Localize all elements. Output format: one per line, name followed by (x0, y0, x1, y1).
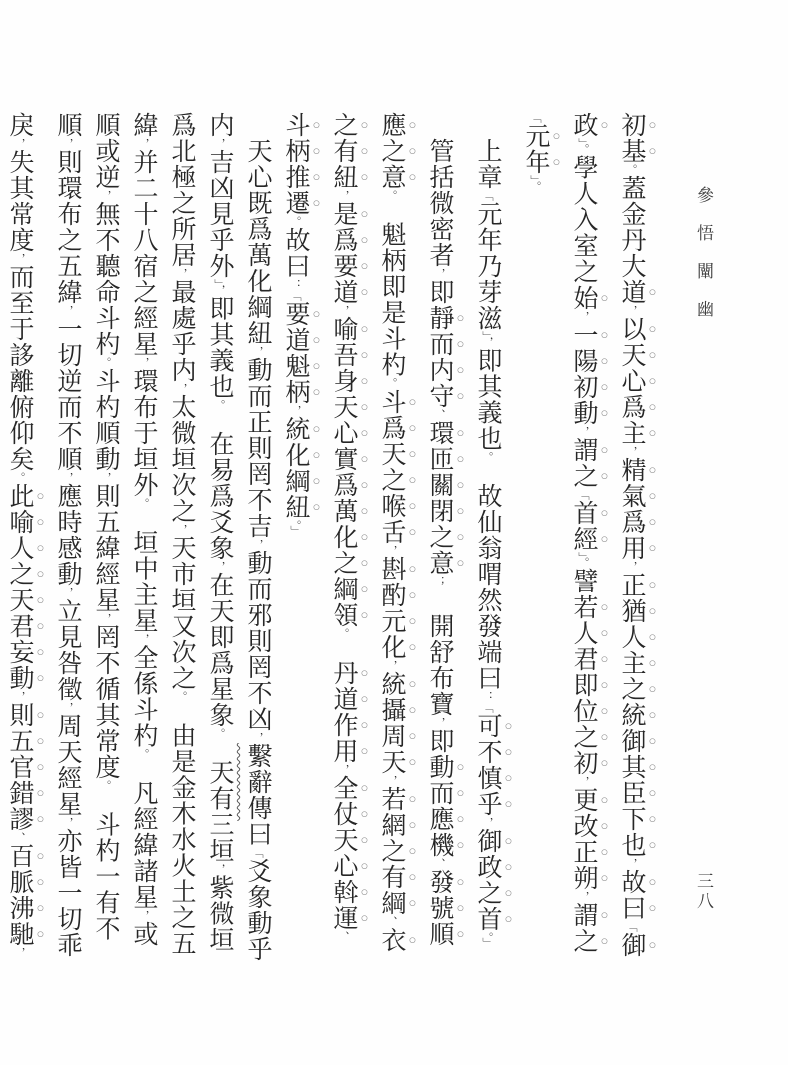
punctuation: ， (433, 717, 445, 728)
punctuation: ， (61, 472, 73, 483)
punctuation: ， (213, 561, 225, 572)
punctuation: ， (137, 138, 149, 149)
punctuation: 。 (529, 181, 541, 192)
punctuation: ： (289, 279, 301, 290)
punctuation: ， (577, 426, 589, 437)
paragraph: 初基。蓋金丹大道，以天心爲主，精氣爲用，正猶人主之統御其臣下也，故曰「御政」。學… (516, 112, 660, 964)
plain-text: 。蓋金丹大 (618, 164, 645, 279)
plain-text: ； 開舒布寶，即 (426, 576, 453, 754)
body-text: 初基。蓋金丹大道，以天心爲主，精氣爲用，正猶人主之統御其臣下也，故曰「御政」。學… (0, 112, 660, 964)
paragraph: 上章「元年乃芽滋」，即其義也。 故仙翁喟然發端曰：「可不慎乎，御政之首。」 (468, 112, 516, 964)
punctuation: ， (385, 660, 397, 671)
punctuation: 「 (529, 112, 541, 123)
punctuation: ， (625, 446, 637, 457)
punctuation: 。 (99, 357, 111, 368)
punctuation: ， (137, 357, 149, 368)
punctuation: ， (61, 138, 73, 149)
punctuation: ， (625, 305, 637, 316)
punctuation: 。 (137, 749, 149, 755)
punctuation: 。 (213, 728, 225, 734)
punctuation: ， (577, 311, 589, 322)
running-head-title: 參悟闡幽 (691, 186, 716, 338)
punctuation: ， (61, 305, 73, 316)
punctuation: ， (385, 545, 397, 556)
punctuation: ， (61, 817, 73, 828)
punctuation: 。 (175, 691, 187, 697)
punctuation: 、 (337, 931, 349, 942)
punctuation: ， (175, 268, 187, 279)
punctuation: ， (251, 346, 263, 357)
punctuation: 、 (433, 409, 445, 420)
plain-text: 。 (330, 628, 357, 660)
page-number: 三八 (691, 872, 716, 912)
punctuation: ， (289, 405, 301, 416)
punctuation: 。 (385, 190, 397, 196)
plain-text: 學人入室之 (570, 155, 597, 285)
punctuation: ， (577, 891, 589, 902)
punctuation: ， (213, 138, 225, 149)
paragraph: 管括微密者，即靜而内守、環匝關閉之意； 開舒布寶，即動而應機、發號順應之意。 魁… (276, 112, 468, 964)
punctuation: 、 (385, 916, 397, 927)
book-page: 參悟闡幽 初基。蓋金丹大道，以天心爲主，精氣爲用，正猶人主之統御其臣下也，故曰「… (0, 0, 788, 1065)
punctuation: ， (433, 268, 445, 279)
emphasized-text: 「可不慎乎，御政之首。」 (474, 702, 501, 949)
punctuation: ， (99, 472, 111, 483)
punctuation: ， (13, 691, 25, 702)
punctuation: ， (577, 776, 589, 787)
emphasized-text: 「要道魁柄，統化綱紐。」 (282, 290, 309, 537)
punctuation: ， (137, 634, 149, 645)
punctuation: ， (61, 587, 73, 598)
punctuation: 、 (13, 832, 25, 843)
punctuation: 。 (625, 164, 637, 175)
punctuation: 。 (99, 780, 111, 786)
punctuation: ； (433, 576, 445, 587)
punctuation: ， (337, 190, 349, 201)
punctuation: 。 (289, 216, 301, 227)
punctuation: 。 (385, 378, 397, 389)
punctuation: 「 (625, 921, 637, 932)
punctuation: ， (61, 702, 73, 713)
punctuation: 「 (577, 489, 589, 500)
punctuation: ， (625, 561, 637, 572)
punctuation: 「 (289, 290, 301, 301)
punctuation: ， (175, 383, 187, 394)
punctuation: ， (625, 858, 637, 869)
plain-text: 管括微密者，即 (426, 138, 453, 305)
punctuation: 「 (481, 190, 493, 201)
punctuation: ， (481, 337, 493, 348)
punctuation: 。 (337, 628, 349, 634)
punctuation: 「 (251, 847, 263, 858)
punctuation: 」 (289, 526, 301, 537)
punctuation: 、 (433, 858, 445, 869)
plain-text: 。故曰： (282, 216, 309, 290)
emphasized-text: 始，一陽初動，謂之「首經」 (570, 285, 597, 558)
punctuation: ： (481, 691, 493, 702)
plain-text: 。 (522, 181, 549, 192)
punctuation: ， (13, 253, 25, 264)
plain-text: 。 魁柄即是斗杓。 (378, 190, 405, 389)
plain-text: 。譬 (570, 557, 597, 594)
punctuation: 。 (213, 400, 225, 406)
punctuation: ， (99, 190, 111, 201)
emphasized-text: 初基 (618, 112, 645, 164)
punctuation: ， (337, 305, 349, 316)
plain-text: 曰「爻象動乎内，吉凶見乎外」，即其義也。 在易爲爻象，在天即爲星象。 天有三垣，… (6, 112, 271, 962)
punctuation: ， (251, 732, 263, 743)
punctuation: ， (13, 138, 25, 149)
punctuation: ， (137, 910, 149, 921)
punctuation: 。 (481, 452, 493, 458)
punctuation: ， (213, 285, 225, 296)
punctuation: 。 (577, 557, 589, 568)
plain-text: 上章「元年乃芽滋」，即其義也。 故仙翁喟然發端曰： (474, 138, 501, 702)
paragraph: 天心既爲萬化綱紐，動而正則罔不吉，動而邪則罔不凶，繫辭傳曰「爻象動乎内，吉凶見乎… (0, 112, 276, 964)
punctuation: ， (251, 539, 263, 550)
punctuation: ， (13, 947, 25, 958)
book-title-text: 繫辭傳 (244, 743, 271, 821)
plain-text: 天心既爲萬化綱紐，動而正則罔不吉，動而邪則罔不凶， (244, 138, 271, 743)
punctuation: ， (337, 764, 349, 775)
punctuation: ， (481, 817, 493, 828)
emphasized-text: 靜而内守、環匝關閉之意 (426, 305, 453, 576)
punctuation: 。 (577, 144, 589, 155)
punctuation: ， (99, 613, 111, 624)
punctuation: 」 (481, 938, 493, 949)
punctuation: ， (385, 775, 397, 786)
punctuation: 。 (13, 472, 25, 483)
punctuation: 。 (137, 498, 149, 504)
punctuation: ， (175, 524, 187, 535)
punctuation: 「 (481, 702, 493, 713)
punctuation: ， (213, 864, 225, 875)
